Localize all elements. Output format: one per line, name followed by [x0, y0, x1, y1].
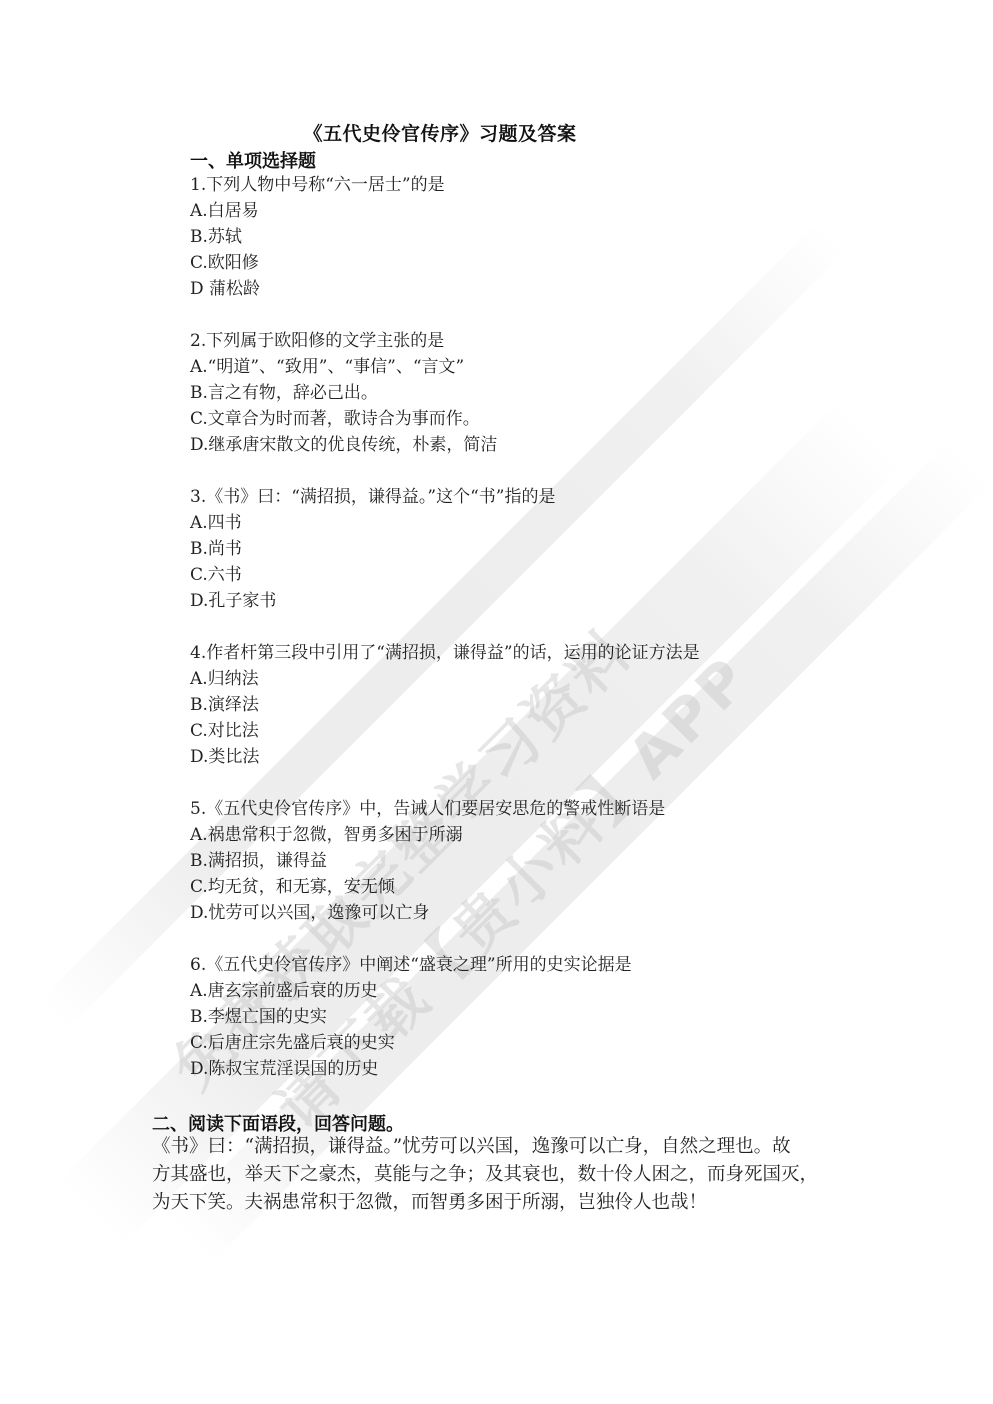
option-c: C.后唐庄宗先盛后衰的史实 [190, 1030, 632, 1056]
section-heading-1: 一、单项选择题 [190, 147, 316, 173]
question-stem: 5.《五代史伶官传序》中，告诫人们要居安思危的警戒性断语是 [190, 796, 665, 822]
passage-line: 为天下笑。夫祸患常积于忽微，而智勇多困于所溺，岂独伶人也哉！ [152, 1189, 852, 1217]
option-b: B.满招损，谦得益 [190, 848, 665, 874]
passage-line: 《书》曰：“满招损，谦得益。”忧劳可以兴国，逸豫可以亡身，自然之理也。故 [152, 1133, 852, 1161]
question-5: 5.《五代史伶官传序》中，告诫人们要居安思危的警戒性断语是 A.祸患常积于忽微，… [190, 796, 665, 926]
option-a: A.归纳法 [190, 666, 700, 692]
option-b: B.演绎法 [190, 692, 700, 718]
document-title: 《五代史伶官传序》习题及答案 [0, 119, 880, 146]
option-d: D.忧劳可以兴国，逸豫可以亡身 [190, 900, 665, 926]
question-stem: 3.《书》曰：“满招损，谦得益。”这个“书”指的是 [190, 484, 555, 510]
option-c: C.对比法 [190, 718, 700, 744]
option-b: B.言之有物，辞必己出。 [190, 380, 497, 406]
option-a: A.祸患常积于忽微，智勇多困于所溺 [190, 822, 665, 848]
option-d: D.类比法 [190, 744, 700, 770]
question-1: 1.下列人物中号称“六一居士”的是 A.白居易 B.苏轼 C.欧阳修 D 蒲松龄 [190, 172, 445, 302]
question-4: 4.作者杆第三段中引用了“满招损，谦得益”的话，运用的论证方法是 A.归纳法 B… [190, 640, 700, 770]
option-b: B.苏轼 [190, 224, 445, 250]
option-c: C.六书 [190, 562, 555, 588]
option-d: D.继承唐宋散文的优良传统，朴素，简洁 [190, 432, 497, 458]
question-stem: 2.下列属于欧阳修的文学主张的是 [190, 328, 497, 354]
option-c: C.均无贫，和无寡，安无倾 [190, 874, 665, 900]
question-3: 3.《书》曰：“满招损，谦得益。”这个“书”指的是 A.四书 B.尚书 C.六书… [190, 484, 555, 614]
question-stem: 1.下列人物中号称“六一居士”的是 [190, 172, 445, 198]
option-c: C.欧阳修 [190, 250, 445, 276]
option-b: B.尚书 [190, 536, 555, 562]
reading-passage: 《书》曰：“满招损，谦得益。”忧劳可以兴国，逸豫可以亡身，自然之理也。故 方其盛… [152, 1133, 852, 1217]
option-a: A.白居易 [190, 198, 445, 224]
option-d: D 蒲松龄 [190, 276, 445, 302]
option-a: A.四书 [190, 510, 555, 536]
passage-line: 方其盛也，举天下之豪杰，莫能与之争；及其衰也，数十伶人困之，而身死国灭， [152, 1161, 852, 1189]
question-stem: 6.《五代史伶官传序》中阐述“盛衰之理”所用的史实论据是 [190, 952, 632, 978]
question-stem: 4.作者杆第三段中引用了“满招损，谦得益”的话，运用的论证方法是 [190, 640, 700, 666]
option-d: D.孔子家书 [190, 588, 555, 614]
option-a: A.“明道”、“致用”、“事信”、“言文” [190, 354, 497, 380]
option-c: C.文章合为时而著，歌诗合为事而作。 [190, 406, 497, 432]
option-d: D.陈叔宝荒淫误国的历史 [190, 1056, 632, 1082]
option-a: A.唐玄宗前盛后衰的历史 [190, 978, 632, 1004]
question-6: 6.《五代史伶官传序》中阐述“盛衰之理”所用的史实论据是 A.唐玄宗前盛后衰的历… [190, 952, 632, 1082]
option-b: B.李煜亡国的史实 [190, 1004, 632, 1030]
question-2: 2.下列属于欧阳修的文学主张的是 A.“明道”、“致用”、“事信”、“言文” B… [190, 328, 497, 458]
